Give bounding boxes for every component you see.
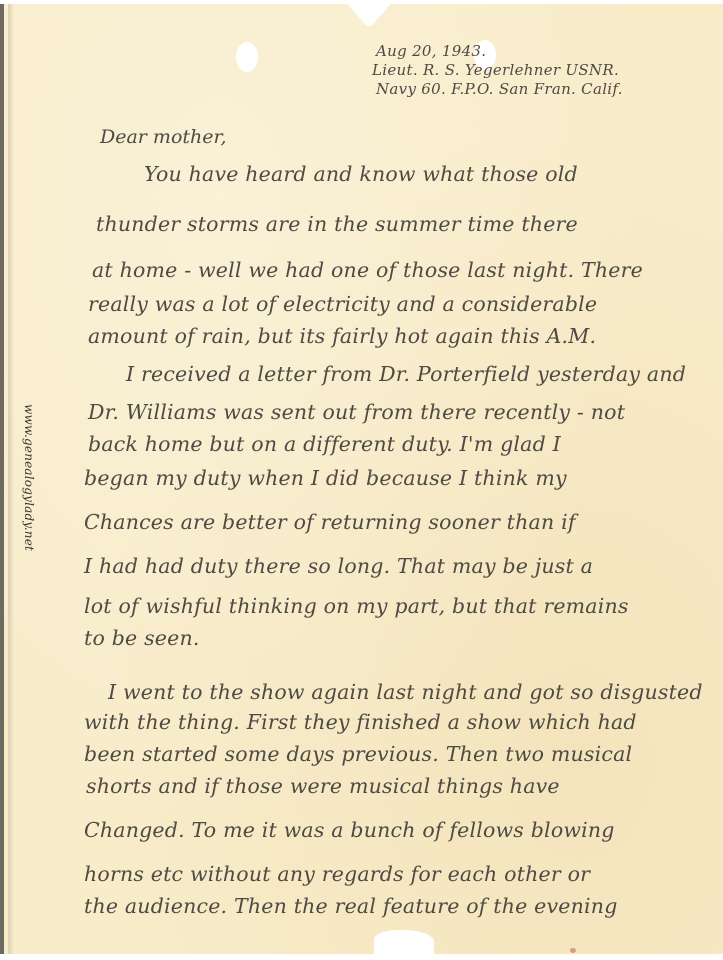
letter-line: at home - well we had one of those last … [92, 258, 643, 282]
letter-line: horns etc without any regards for each o… [84, 862, 590, 886]
letter-line: the audience. Then the real feature of t… [84, 894, 618, 918]
letter-line: thunder storms are in the summer time th… [96, 212, 578, 236]
letter-date: Aug 20, 1943. [376, 42, 486, 60]
letter-line: really was a lot of electricity and a co… [88, 292, 597, 316]
letter-line: Dr. Williams was sent out from there rec… [88, 400, 625, 424]
bottom-tear [374, 930, 434, 954]
letter-salutation: Dear mother, [100, 126, 227, 148]
letter-line: Changed. To me it was a bunch of fellows… [84, 818, 615, 842]
letter-line: amount of rain, but its fairly hot again… [88, 324, 596, 348]
letter-line: You have heard and know what those old [144, 162, 578, 186]
letter-sender: Lieut. R. S. Yegerlehner USNR. [372, 61, 619, 79]
top-notch [344, 0, 394, 26]
watermark-text: www.genealogylady.net [16, 404, 36, 574]
ink-stain [570, 948, 576, 953]
letter-line: with the thing. First they finished a sh… [84, 710, 637, 734]
letter-paper: www.genealogylady.net Aug 20, 1943. Lieu… [0, 4, 723, 954]
letter-line: I had had duty there so long. That may b… [84, 554, 593, 578]
letter-line: been started some days previous. Then tw… [84, 742, 632, 766]
letter-line: began my duty when I did because I think… [84, 466, 567, 490]
letter-line: back home but on a different duty. I'm g… [88, 432, 561, 456]
letter-line: I went to the show again last night and … [108, 680, 703, 704]
letter-address: Navy 60. F.P.O. San Fran. Calif. [376, 80, 623, 98]
letter-line: shorts and if those were musical things … [86, 774, 560, 798]
scanned-letter: www.genealogylady.net Aug 20, 1943. Lieu… [0, 0, 723, 960]
letter-line: Chances are better of returning sooner t… [84, 510, 576, 534]
paper-edge-shadow [8, 4, 14, 954]
letter-line: I received a letter from Dr. Porterfield… [126, 362, 686, 386]
letter-line: to be seen. [84, 626, 200, 650]
letter-line: lot of wishful thinking on my part, but … [84, 594, 629, 618]
punch-hole-left [236, 42, 258, 72]
